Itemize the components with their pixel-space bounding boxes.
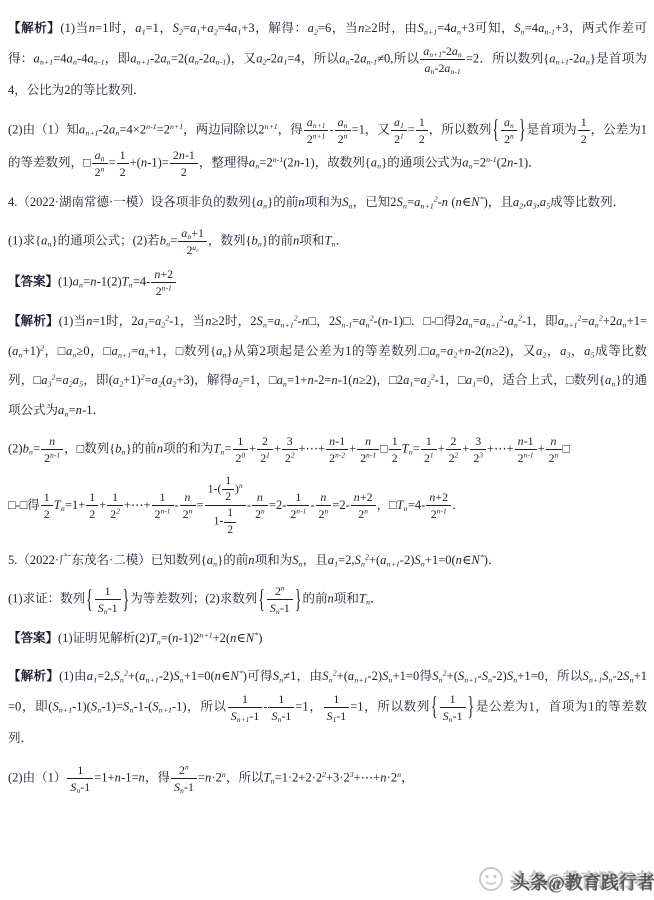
paragraph-p10: (1)求证：数列{1Sn-1}为等差数列；(2)求数列{2nSn-1}的前n项和… xyxy=(8,583,647,616)
paragraph-p1: 【解析】(1)当n=1时，a1=1，S2=a1+a2=4a1+3，解得：a2=6… xyxy=(8,14,647,106)
watermark-text-front: 头条@教育践行者 xyxy=(512,869,654,895)
paragraph-p12: 【解析】(1)由a1=2,Sn2+(an+1-2)Sn+1=0(n∈N*)可得S… xyxy=(8,662,647,754)
paragraph-p7: (2)bn=n2n-1，□数列{bn}的前n项的和为Tn=120+221+322… xyxy=(8,433,647,466)
watermark-text: 头条@教育践行者 头条@教育践行者 xyxy=(509,866,652,892)
watermark: 头条@教育践行者 头条@教育践行者 xyxy=(478,866,652,892)
watermark-logo-icon xyxy=(478,866,504,892)
paragraph-p5: 【答案】(1)an=n-1(2)Tn=4-n+22n-1 xyxy=(8,266,647,299)
paragraph-p6: 【解析】(1)当n=1时，2a1=a22-1，当n≥2时，2Sn=an+12-n… xyxy=(8,307,647,425)
paragraph-p11: 【答案】(1)证明见解析(2)Tn=(n-1)2n+1+2(n∈N*) xyxy=(8,624,647,653)
paragraph-p2: (2)由（1）知an+1-2an=4×2n-1=2n+1，两边同除以2n+1，得… xyxy=(8,114,647,180)
paragraph-p8: □-□得12Tn=1+12+122+⋯+12n-1-n2n=1-(12)n1-1… xyxy=(8,474,647,538)
paragraph-p13: (2)由（1）1Sn-1=1+n-1=n，得2nSn-1=n·2n，所以Tn=1… xyxy=(8,762,647,795)
solution-paragraphs: 【解析】(1)当n=1时，a1=1，S2=a1+a2=4a1+3，解得：a2=6… xyxy=(8,14,647,795)
paragraph-p9: 5.（2022·广东茂名·二模）已知数列{an}的前n项和为Sn，且a1=2,S… xyxy=(8,546,647,575)
paragraph-p4: (1)求{an}的通项公式；(2)若bn=an+12an，数列{bn}的前n项和… xyxy=(8,225,647,258)
document-page: 【解析】(1)当n=1时，a1=1，S2=a1+a2=4a1+3，解得：a2=6… xyxy=(0,0,654,900)
paragraph-p3: 4.（2022·湖南常德·一模）设各项非负的数列{an}的前n项和为Sn，已知2… xyxy=(8,188,647,217)
